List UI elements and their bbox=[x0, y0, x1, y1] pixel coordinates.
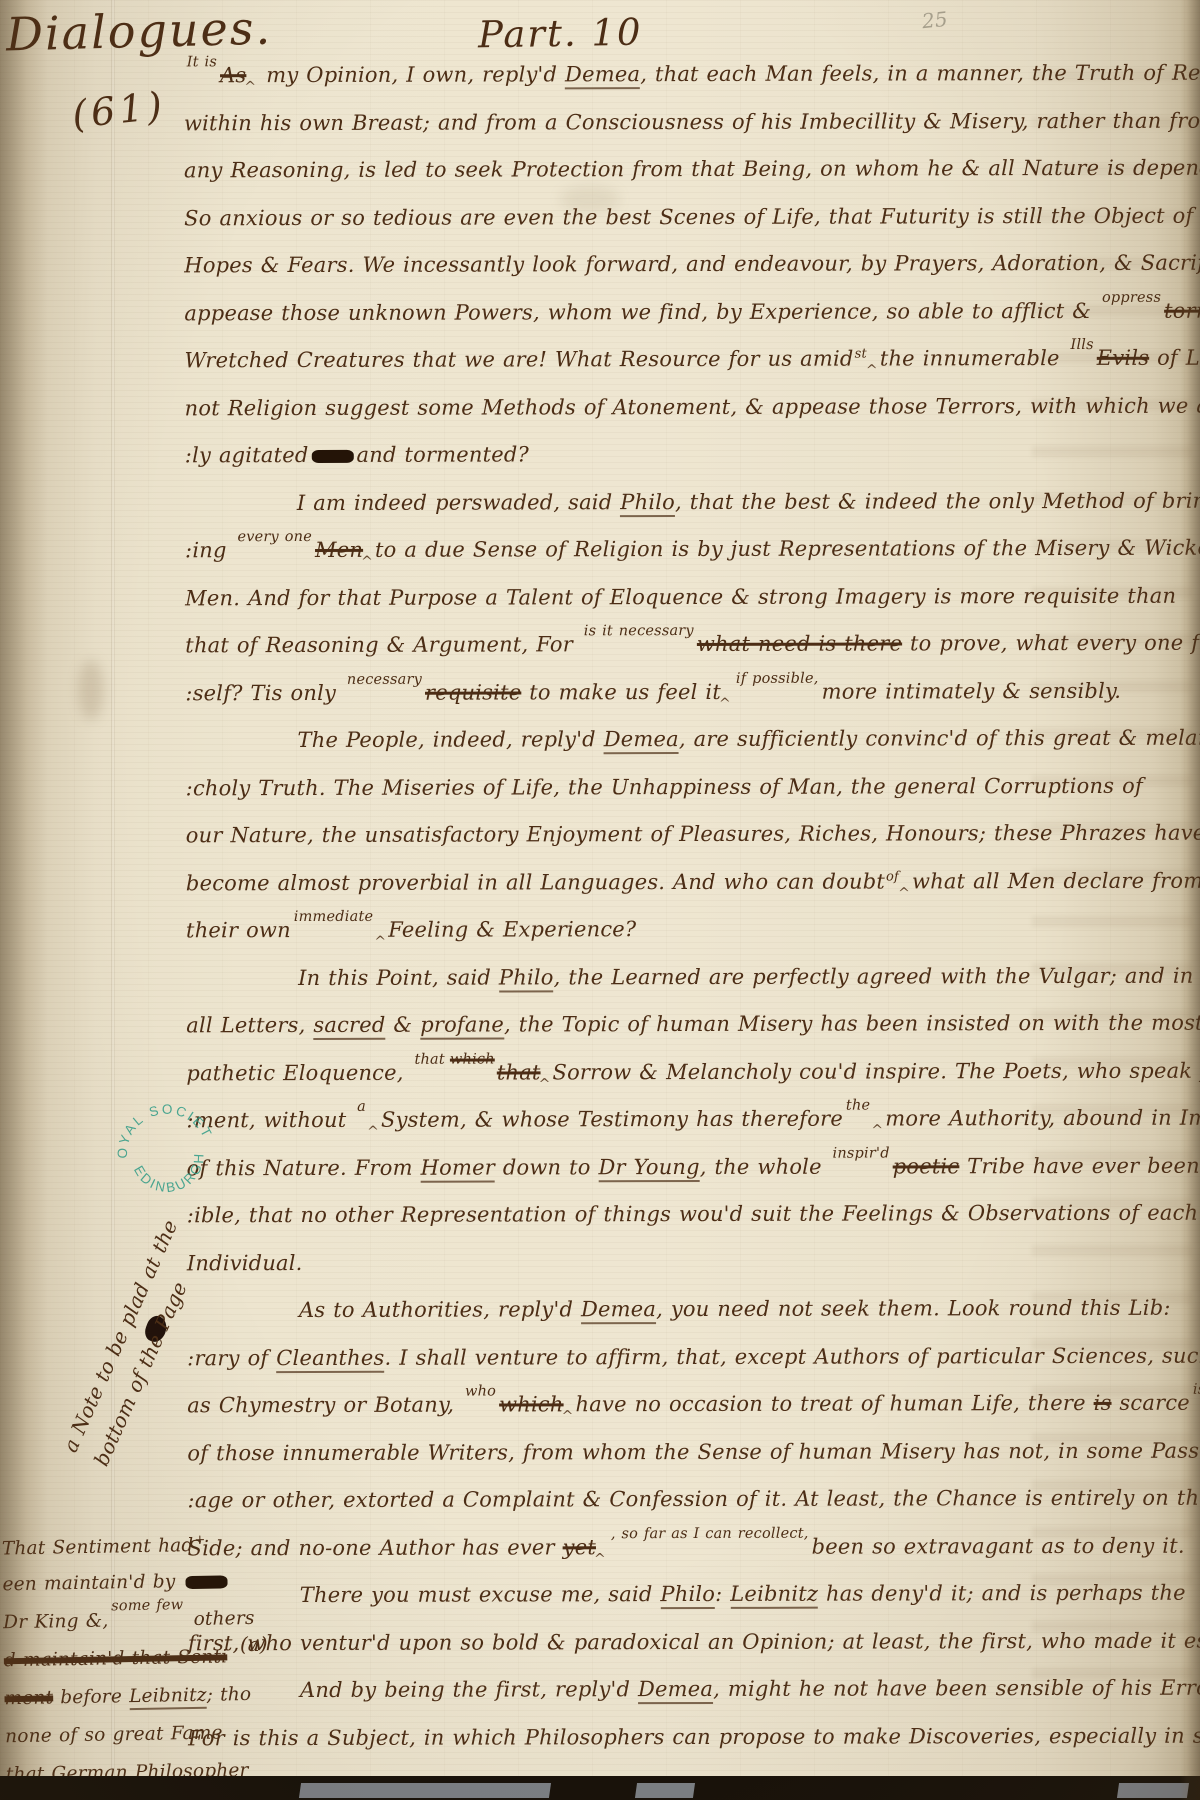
manuscript-line: :ing every oneMen^to a due Sense of Reli… bbox=[185, 536, 1195, 586]
page-edge-shadow bbox=[1180, 0, 1200, 1800]
manuscript-line: our Nature, the unsatisfactory Enjoyment… bbox=[186, 821, 1196, 871]
part-heading: Part. 10 bbox=[478, 11, 643, 57]
scan-background-patch bbox=[299, 1783, 551, 1798]
manuscript-line: The People, indeed, reply'd Demea, are s… bbox=[186, 726, 1196, 776]
manuscript-line: appease those unknown Powers, whom we fi… bbox=[184, 298, 1194, 348]
scan-background-patch bbox=[635, 1783, 695, 1798]
manuscript-line: none of so great Fame bbox=[5, 1722, 266, 1765]
scan-background-strip bbox=[0, 1776, 1200, 1800]
page-number: (61) bbox=[70, 83, 168, 137]
manuscript-line: :rary of Cleanthes. I shall venture to a… bbox=[187, 1343, 1197, 1393]
manuscript-line: I am indeed perswaded, said Philo, that … bbox=[185, 488, 1195, 538]
manuscript-line: :choly Truth. The Miseries of Life, the … bbox=[186, 773, 1196, 823]
manuscript-line: their ownimmediate^Feeling & Experience? bbox=[186, 916, 1196, 966]
paper-stain bbox=[78, 660, 104, 720]
manuscript-line: In this Point, said Philo, the Learned a… bbox=[186, 963, 1196, 1013]
manuscript-line: Dr King &,some few others bbox=[3, 1608, 264, 1651]
page-title: Dialogues. bbox=[5, 1, 272, 62]
manuscript-line: There you must excuse me, said Philo: Le… bbox=[188, 1581, 1198, 1631]
manuscript-line: That Sentiment had+ bbox=[2, 1532, 263, 1575]
manuscript-line: as Chymestry or Botany, whowhich^have no… bbox=[187, 1391, 1197, 1441]
manuscript-line: :ment, without a^System, & whose Testimo… bbox=[186, 1106, 1196, 1156]
manuscript-line: So anxious or so tedious are even the be… bbox=[184, 203, 1194, 253]
manuscript-line: And by being the first, reply'd Demea, m… bbox=[188, 1676, 1198, 1726]
manuscript-line: d maintain'd that Senti bbox=[4, 1646, 265, 1689]
manuscript-body: It isAs^ my Opinion, I own, reply'd Deme… bbox=[184, 61, 1198, 1774]
manuscript-line: As to Authorities, reply'd Demea, you ne… bbox=[187, 1296, 1197, 1346]
manuscript-line: within his own Breast; and from a Consci… bbox=[184, 108, 1194, 158]
manuscript-line: first, who ventur'd upon so bold & parad… bbox=[188, 1628, 1198, 1678]
manuscript-line: any Reasoning, is led to seek Protection… bbox=[184, 156, 1194, 206]
manuscript-line: all Letters, sacred & profane, the Topic… bbox=[186, 1011, 1196, 1061]
manuscript-line: For is this a Subject, in which Philosop… bbox=[188, 1723, 1198, 1773]
manuscript-line: :ly agitatedand tormented? bbox=[185, 441, 1195, 491]
binding-edge bbox=[0, 0, 48, 1800]
manuscript-line: not Religion suggest some Methods of Ato… bbox=[185, 393, 1195, 443]
manuscript-line: Side; and no-one Author has ever yet^, s… bbox=[188, 1533, 1198, 1583]
manuscript-line: Wretched Creatures that we are! What Res… bbox=[185, 346, 1195, 396]
margin-footnote: That Sentiment had+een maintain'd by Dr … bbox=[2, 1532, 267, 1800]
manuscript-line: :self? Tis only necessaryrequisite to ma… bbox=[185, 678, 1195, 728]
manuscript-line: pathetic Eloquence, thatwhichthat^Sorrow… bbox=[186, 1058, 1196, 1108]
manuscript-line: of those innumerable Writers, from whom … bbox=[187, 1438, 1197, 1488]
manuscript-line: Hopes & Fears. We incessantly look forwa… bbox=[184, 251, 1194, 301]
manuscript-line: :ible, that no other Representation of t… bbox=[187, 1201, 1197, 1251]
manuscript-line: that of Reasoning & Argument, For is it … bbox=[185, 631, 1195, 681]
manuscript-line: It isAs^ my Opinion, I own, reply'd Deme… bbox=[184, 61, 1194, 111]
scan-background-patch bbox=[1117, 1783, 1189, 1798]
pencil-mark: 25 bbox=[921, 7, 949, 34]
manuscript-line: of this Nature. From Homer down to Dr Yo… bbox=[187, 1153, 1197, 1203]
manuscript-line: Individual. bbox=[187, 1248, 1197, 1298]
manuscript-page: Dialogues. (61) Part. 10 25 It isAs^ my … bbox=[0, 0, 1200, 1800]
manuscript-line: ment before Leibnitz; tho bbox=[4, 1684, 265, 1727]
paper-crease bbox=[111, 0, 115, 1800]
